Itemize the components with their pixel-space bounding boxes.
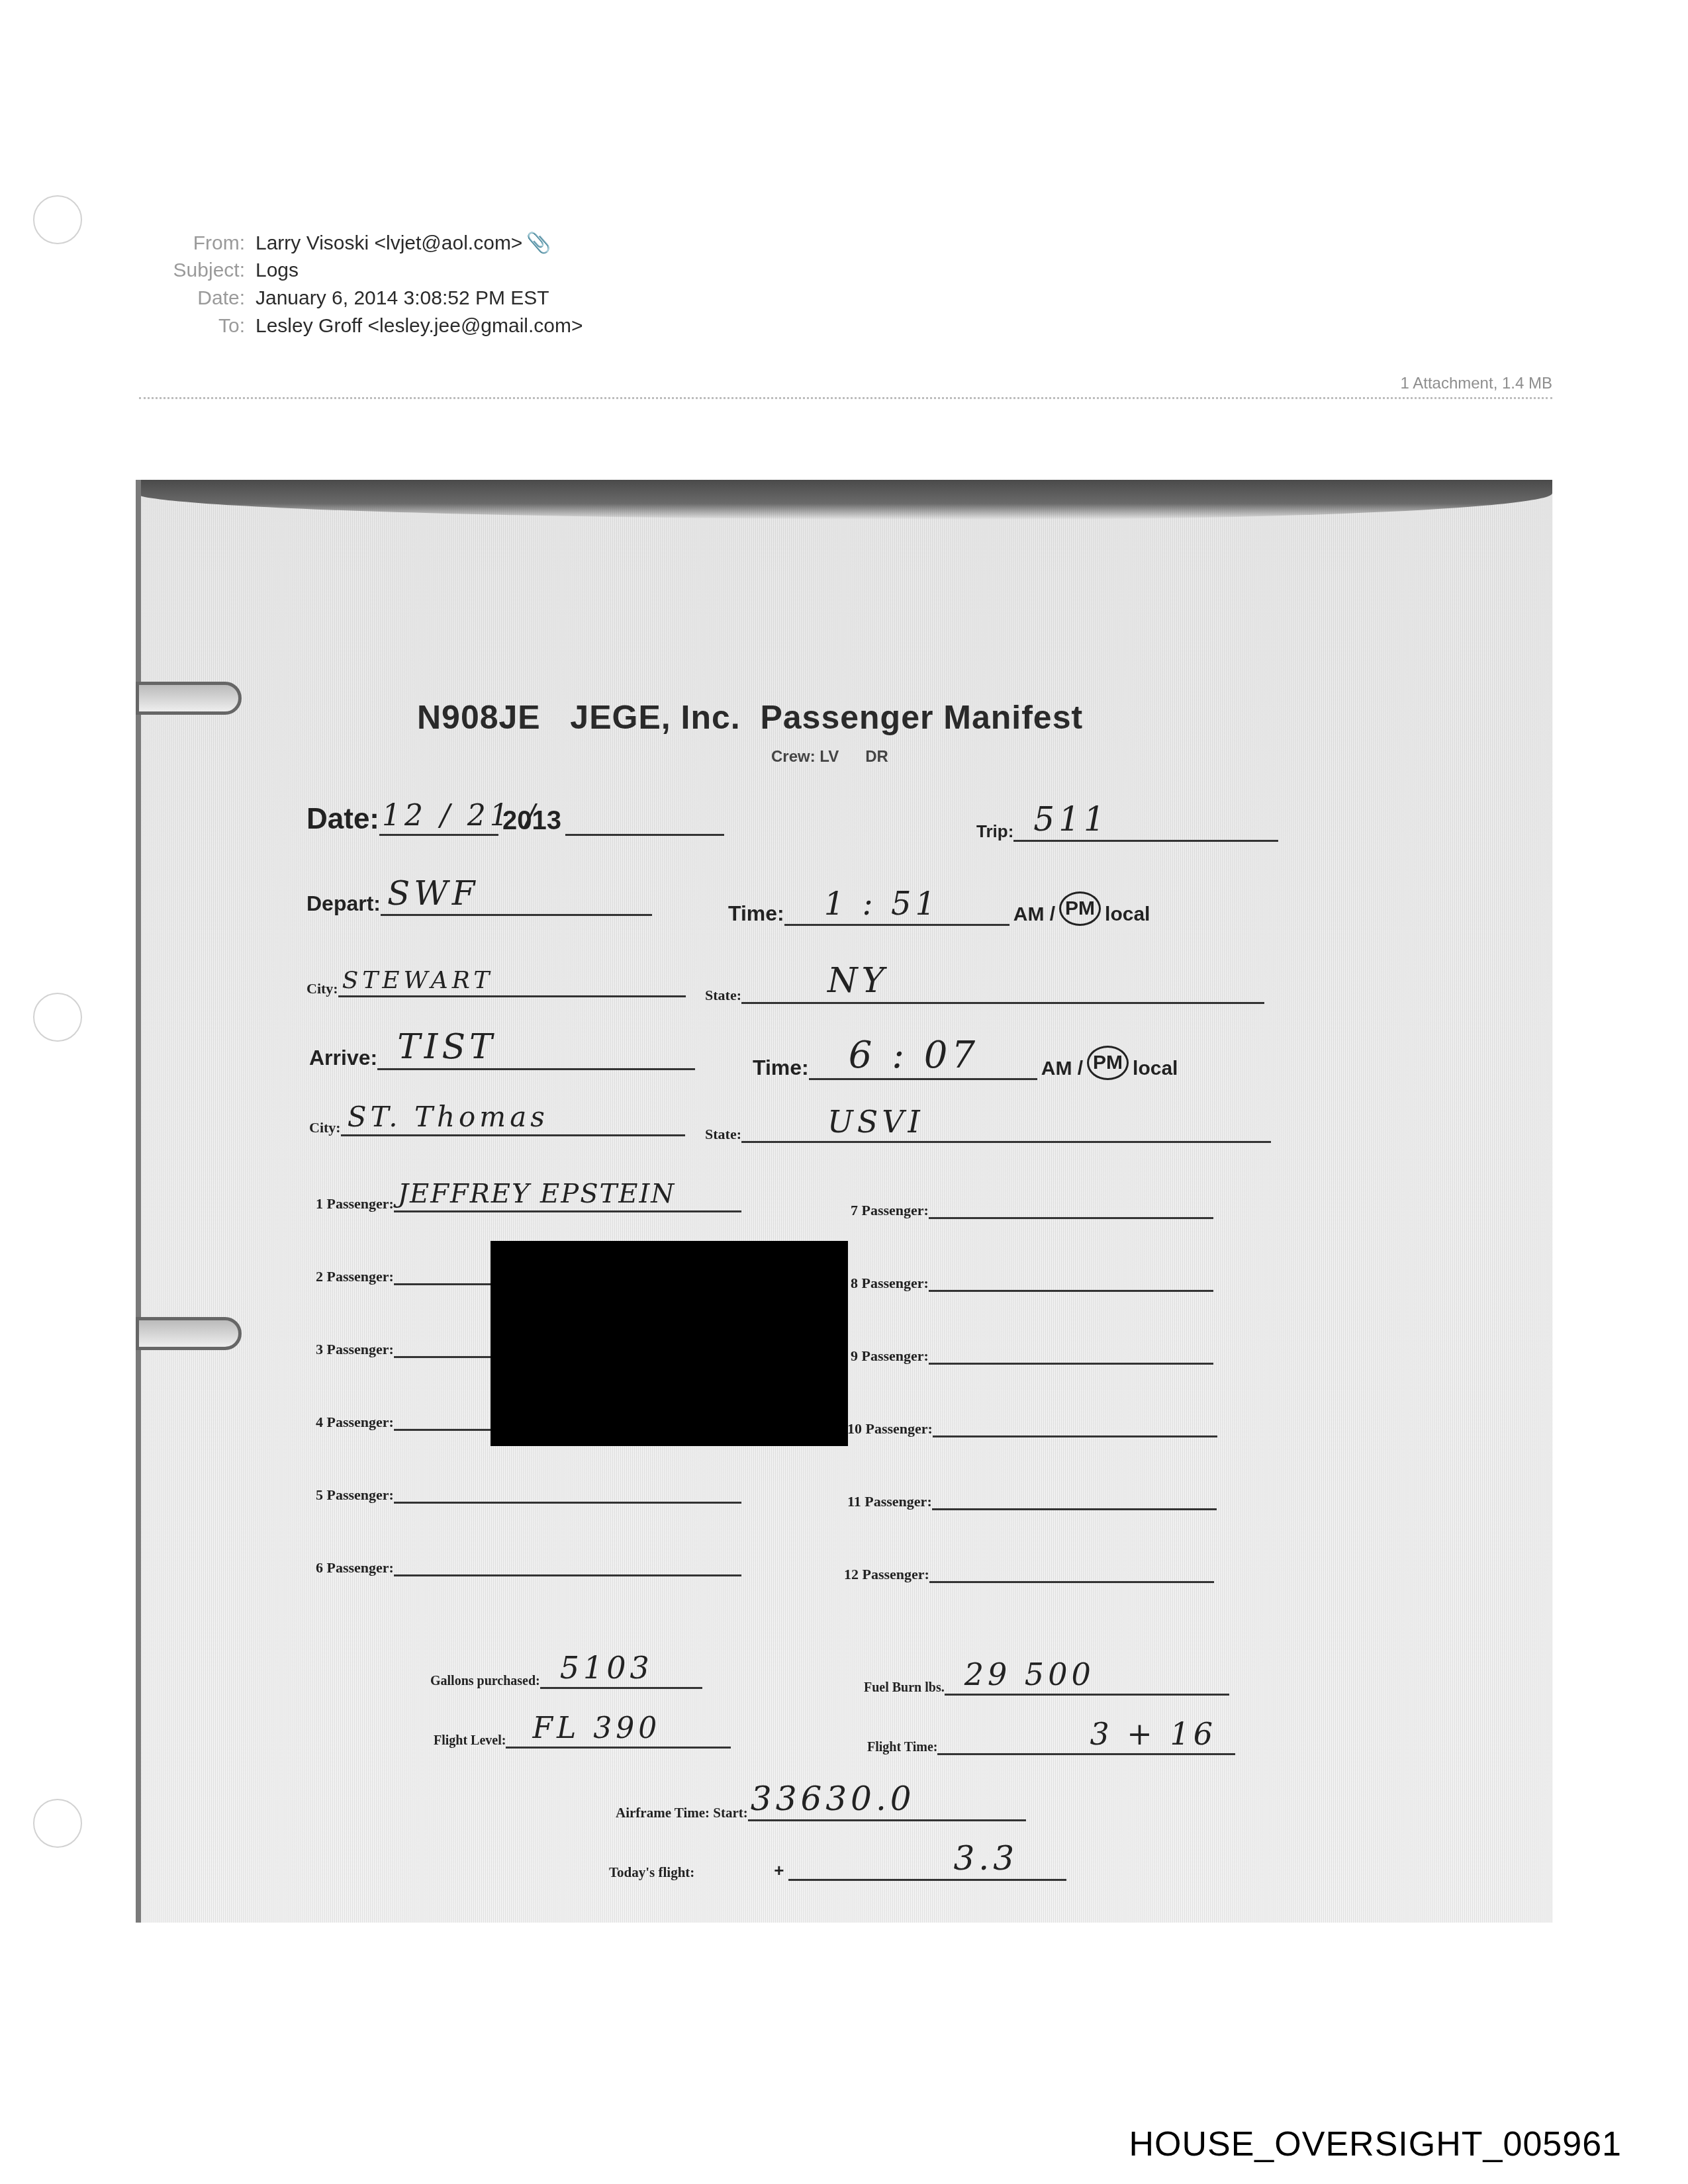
date-field: Date: 12 / 21 / 2013 <box>306 803 724 836</box>
depart-time-field: Time: 1 : 51 AM / PM local <box>728 891 1154 926</box>
email-header: From: Larry Visoski <lvjet@aol.com> 📎 Su… <box>139 232 583 343</box>
depart-value: SWF <box>387 874 479 913</box>
binder-ring-top <box>136 682 242 715</box>
flight-level-value: FL 390 <box>532 1711 661 1745</box>
arrive-state-value: USVI <box>827 1104 924 1140</box>
passenger-4-label: 4 Passenger: <box>316 1414 394 1431</box>
redaction-block <box>491 1241 848 1446</box>
gallons-label: Gallons purchased: <box>430 1674 540 1689</box>
depart-state-label: State: <box>705 987 741 1004</box>
passenger-11: 11 Passenger: <box>847 1479 1217 1510</box>
fuel-burn-value: 29 500 <box>964 1657 1095 1692</box>
passenger-1: 1 Passenger: JEFFREY EPSTEIN <box>316 1181 741 1212</box>
depart-local: local <box>1101 903 1154 926</box>
date-label: Date: <box>139 287 256 310</box>
passenger-3-label: 3 Passenger: <box>316 1341 394 1358</box>
passenger-1-label: 1 Passenger: <box>316 1195 394 1212</box>
date-field-value: 12 / 21 / <box>382 799 539 833</box>
to-row: To: Lesley Groff <lesley.jee@gmail.com> <box>139 315 583 343</box>
flight-level-field: Flight Level: FL 390 <box>434 1717 731 1749</box>
passenger-2-label: 2 Passenger: <box>316 1268 394 1285</box>
from-value[interactable]: Larry Visoski <lvjet@aol.com> <box>256 232 522 255</box>
header-divider <box>139 397 1552 399</box>
passenger-6: 6 Passenger: <box>316 1545 741 1576</box>
airframe-field: Airframe Time: Start: 33630.0 <box>616 1790 1026 1821</box>
trip-label: Trip: <box>976 821 1013 842</box>
date-field-label: Date: <box>306 803 379 836</box>
depart-am: AM / <box>1009 903 1059 926</box>
from-label: From: <box>139 232 256 255</box>
passenger-8: 8 Passenger: <box>851 1261 1213 1292</box>
arrive-am: AM / <box>1037 1058 1087 1080</box>
passenger-7-label: 7 Passenger: <box>851 1202 929 1219</box>
arrive-time-field: Time: 6 : 07 AM / PM local <box>753 1046 1182 1080</box>
depart-state-value: NY <box>827 961 888 1001</box>
passenger-12-label: 12 Passenger: <box>844 1566 929 1583</box>
date-row: Date: January 6, 2014 3:08:52 PM EST <box>139 287 583 315</box>
arrive-time-value: 6 : 07 <box>849 1034 979 1077</box>
subject-row: Subject: Logs <box>139 259 583 287</box>
passenger-5-label: 5 Passenger: <box>316 1486 394 1504</box>
todays-flight-value: 3.3 <box>954 1839 1019 1878</box>
airframe-label: Airframe Time: Start: <box>616 1805 748 1821</box>
passenger-8-label: 8 Passenger: <box>851 1275 929 1292</box>
depart-city-field: City: STEWART <box>306 966 686 997</box>
to-label: To: <box>139 315 256 338</box>
hole-punch-top <box>33 195 82 244</box>
arrive-state-field: State: USVI <box>705 1112 1271 1143</box>
passenger-1-value: JEFFREY EPSTEIN <box>398 1179 675 1209</box>
fuel-burn-field: Fuel Burn lbs. 29 500 <box>864 1664 1229 1696</box>
flight-time-value: 3 + 16 <box>1090 1716 1217 1752</box>
flight-level-label: Flight Level: <box>434 1733 506 1749</box>
passenger-10: 10 Passenger: <box>847 1406 1217 1437</box>
depart-time-value: 1 : 51 <box>824 886 939 923</box>
depart-state-field: State: NY <box>705 973 1264 1004</box>
gallons-field: Gallons purchased: 5103 <box>430 1658 702 1689</box>
to-value[interactable]: Lesley Groff <lesley.jee@gmail.com> <box>256 315 583 338</box>
manifest-photo: N908JE JEGE, Inc. Passenger Manifest Cre… <box>136 480 1552 1923</box>
trip-field: Trip: 511 <box>976 811 1278 842</box>
passenger-9-label: 9 Passenger: <box>851 1347 929 1365</box>
from-row: From: Larry Visoski <lvjet@aol.com> 📎 <box>139 232 583 259</box>
passenger-10-label: 10 Passenger: <box>847 1420 933 1437</box>
passenger-12: 12 Passenger: <box>844 1552 1214 1583</box>
binder-ring-bottom <box>136 1317 242 1350</box>
passenger-5: 5 Passenger: <box>316 1473 741 1504</box>
arrive-time-label: Time: <box>753 1056 809 1080</box>
paperclip-icon: 📎 <box>526 232 551 255</box>
fuel-burn-label: Fuel Burn lbs. <box>864 1680 945 1696</box>
arrive-state-label: State: <box>705 1126 741 1143</box>
depart-time-label: Time: <box>728 901 784 926</box>
gallons-value: 5103 <box>560 1650 653 1686</box>
depart-pm-circled: PM <box>1059 891 1101 926</box>
arrive-city-field: City: ST. Thomas <box>309 1105 685 1136</box>
depart-city-value: STEWART <box>342 967 494 994</box>
arrive-field: Arrive: TIST <box>309 1039 695 1070</box>
depart-label: Depart: <box>306 891 381 916</box>
hole-punch-bottom <box>33 1799 82 1848</box>
date-value: January 6, 2014 3:08:52 PM EST <box>256 287 549 310</box>
depart-city-label: City: <box>306 980 338 997</box>
attachment-summary[interactable]: 1 Attachment, 1.4 MB <box>1401 375 1552 393</box>
arrive-local: local <box>1129 1058 1182 1080</box>
todays-flight-field: Today's flight: + 3.3 <box>609 1850 1066 1881</box>
bates-number: HOUSE_OVERSIGHT_005961 <box>1129 2124 1622 2164</box>
passenger-11-label: 11 Passenger: <box>847 1493 932 1510</box>
arrive-city-value: ST. Thomas <box>348 1101 549 1133</box>
photo-shadow-top <box>136 480 1552 520</box>
arrive-label: Arrive: <box>309 1046 377 1070</box>
passenger-7: 7 Passenger: <box>851 1188 1213 1219</box>
manifest-title: N908JE JEGE, Inc. Passenger Manifest <box>417 698 1083 737</box>
crew-line: Crew: LV DR <box>771 748 888 766</box>
passenger-6-label: 6 Passenger: <box>316 1559 394 1576</box>
depart-field: Depart: SWF <box>306 885 652 916</box>
flight-time-label: Flight Time: <box>867 1740 937 1755</box>
hole-punch-middle <box>33 993 82 1042</box>
arrive-pm-circled: PM <box>1087 1046 1129 1080</box>
trip-value: 511 <box>1033 800 1108 839</box>
arrive-value: TIST <box>397 1027 496 1067</box>
flight-time-field: Flight Time: 3 + 16 <box>867 1724 1235 1755</box>
subject-label: Subject: <box>139 259 256 282</box>
arrive-city-label: City: <box>309 1119 341 1136</box>
subject-value: Logs <box>256 259 299 282</box>
passenger-9: 9 Passenger: <box>851 1334 1213 1365</box>
todays-flight-plus: + <box>694 1860 788 1881</box>
todays-flight-label: Today's flight: <box>609 1864 694 1881</box>
airframe-value: 33630.0 <box>751 1780 915 1818</box>
